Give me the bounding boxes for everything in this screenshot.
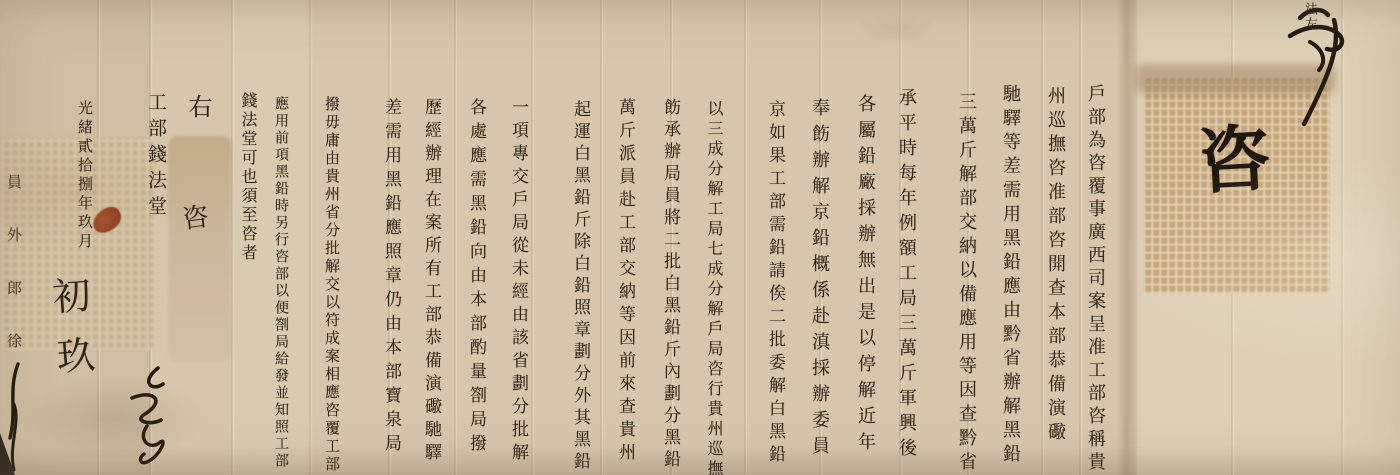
fold-crease-line — [454, 0, 456, 475]
manuscript-column: 各屬鉛廠採辦無出是以停解近年 — [856, 94, 874, 458]
manuscript-column: 各處應需黑鉛向由本部酌量劄局撥 — [467, 98, 484, 458]
manuscript-column: 奉飭辦解京鉛概係赴滇採辦委員 — [810, 98, 828, 462]
official-title-column: 員外郎徐 — [6, 174, 21, 386]
fold-crease-line — [600, 0, 602, 475]
fold-crease-line — [1079, 0, 1081, 475]
document-type-character: 咨 — [1190, 120, 1266, 196]
manuscript-column: 差需用黑鉛應照章仍由本部寶泉局 — [382, 98, 399, 458]
manuscript-column: 戶部為咨覆事廣西司案呈准工部咨稱貴 — [1086, 84, 1104, 475]
manuscript-column: 歷經辦理在案所有工部恭備演礮馳驛 — [422, 98, 439, 466]
manuscript-column: 一項專交戶局從未經由該省劃分批解 — [509, 98, 526, 466]
manuscript-column: 以三成分解工局七成分解戶局咨行貴州巡撫 — [706, 100, 722, 475]
manuscript-column: 三萬斤解部交納以備應用等因查黔省 — [957, 92, 975, 475]
manuscript-column: 應用前項黑鉛時另行咨部以便劄局給發並知照工部 — [274, 96, 288, 470]
date-era-line: 光緒貳拾捌年玖月 — [77, 100, 92, 252]
manuscript-column: 京如果工部需鉛請俟二批委解白黑鉛 — [766, 100, 783, 468]
manuscript-column: 錢法堂可也須至咨者 — [240, 92, 256, 263]
manuscript-column: 馳驛等差需用黑鉛應由黔省辦解黑鉛 — [1001, 84, 1019, 468]
closing-directive: 右 — [186, 94, 210, 118]
manuscript-column: 萬斤派員赴工部交納等因前來查貴州 — [616, 98, 633, 466]
manuscript-column: 州巡撫咨准部咨開查本部恭備演礮 — [1046, 86, 1064, 446]
closing-doc-type: 咨 — [179, 203, 208, 232]
fold-crease-line — [744, 0, 746, 475]
date-day: 初玖 — [48, 275, 94, 397]
manuscript-column: 撥毋庸由貴州省分批解交以符成案相應咨覆工部 — [324, 96, 339, 474]
manuscript-column: 飭承辦局員將二批白黑鉛斤內劃分黑鉛 — [661, 98, 678, 472]
manuscript-page: 咨 戶部為咨覆事廣西司案呈准工部咨稱貴 州巡撫咨准部咨開查本部恭備演礮 馳驛等差… — [0, 0, 1400, 475]
fold-crease-line — [531, 0, 533, 475]
cursive-endorsement-mark — [1270, 2, 1360, 132]
seal-offset-stain — [168, 136, 232, 362]
addressee-line: 工部錢法堂 — [146, 92, 165, 222]
fold-crease-line — [309, 0, 311, 475]
fold-crease-line — [1041, 0, 1043, 475]
manuscript-column: 承平時每年例額工局三萬斤軍興後 — [897, 88, 915, 463]
cursive-signature — [120, 362, 174, 474]
manuscript-column: 起運白黑鉛斤除白鉛照章劃分外其黑鉛 — [571, 100, 588, 474]
